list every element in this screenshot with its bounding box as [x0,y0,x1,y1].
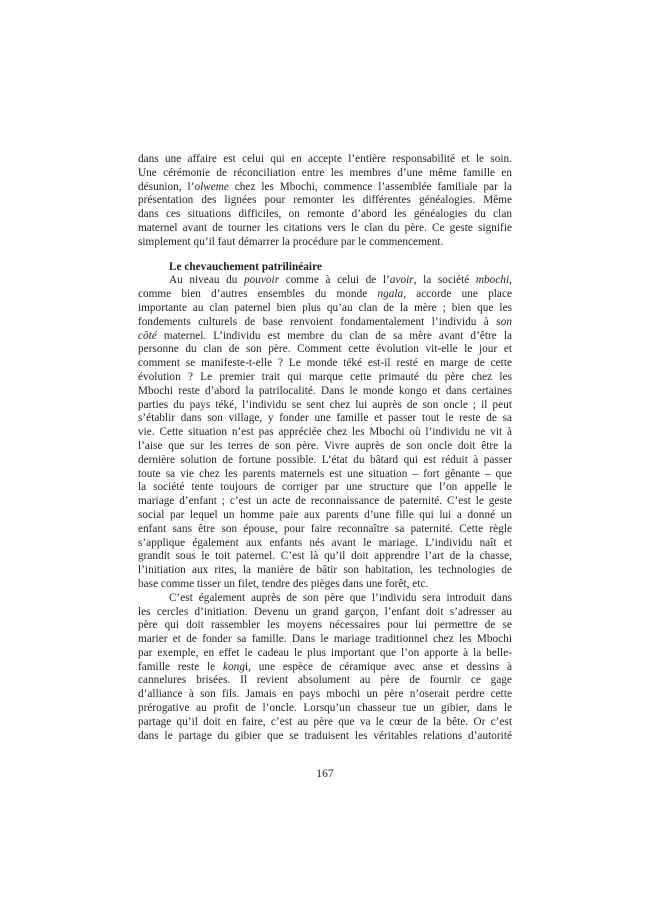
text-line: côté maternel. L’individu est membre du … [138,330,512,344]
text-run: grandit sous le toit paternel. C’est là … [138,550,512,562]
text-line: prérogative au profit de l’oncle. Lorsqu… [138,702,512,716]
text-run: les cercles d’initiation. Devenu un gran… [138,606,512,618]
text-run: parties du pays téké, l’individu se sent… [138,399,512,411]
text-run: dernière solution de fortune possible. L… [138,454,512,466]
text-run: l’aise que sur les terres de son père. V… [138,440,512,452]
italic-text: ngala [377,288,403,300]
text-line: fondements culturels de base renvoient f… [138,316,512,330]
text-line: Au niveau du pouvoir comme à celui de l’… [138,274,512,288]
text-line: maternel avant de tourner les citations … [138,222,512,236]
text-run: dans une affaire est celui qui en accept… [138,153,512,165]
text-line: dans ces situations difficiles, on remon… [138,208,512,222]
text-line: Une cérémonie de réconciliation entre le… [138,167,512,181]
text-line: l’initiation aux rites, la manière de bâ… [138,564,512,578]
text-line: marier et de fonder sa famille. Dans le … [138,633,512,647]
text-line: par exemple, en effet le cadeau le plus … [138,647,512,661]
italic-text: pouvoir [244,274,279,286]
document-page: dans une affaire est celui qui en accept… [0,0,650,920]
italic-text: olweme [194,181,228,193]
text-run: s’applique également aux enfants nés ava… [138,537,512,549]
text-line: présentation des lignées pour remonter l… [138,194,512,208]
text-run: comment se manifeste-t-elle ? Le monde t… [138,357,512,369]
text-line: social par lequel un homme paie aux pare… [138,509,512,523]
page-number: 167 [0,767,650,781]
text-run: importante au clan paternel bien plus qu… [138,302,512,314]
text-line: partage qu’il doit en faire, c’est au pè… [138,716,512,730]
text-run: la société tente toujours de corriger pa… [138,481,512,493]
text-run: cannelures brisées. Il revient absolumen… [138,674,512,686]
page-text-block: dans une affaire est celui qui en accept… [138,153,512,743]
text-run: mariage d’enfant ; c’est un acte de reco… [138,495,512,507]
text-run: personne du clan de son père. Comment ce… [138,343,512,355]
text-run: base comme tisser un filet, tendre des p… [138,578,428,590]
text-line: la société tente toujours de corriger pa… [138,481,512,495]
text-run: partage qu’il doit en faire, c’est au pè… [138,716,512,728]
text-line: s’applique également aux enfants nés ava… [138,537,512,551]
text-line: évolution ? Le premier trait qui marque … [138,371,512,385]
text-run: dans le partage du gibier que se traduis… [138,730,512,742]
text-run: Mbochi reste d’abord la patrilocalité. D… [138,385,512,397]
text-run: fondements culturels de base renvoient f… [138,316,496,328]
text-run: Au niveau du [169,274,244,286]
text-run: C’est également auprès de son père que l… [169,592,512,604]
text-run: toute sa vie chez les parents maternels … [138,468,512,480]
text-line: mariage d’enfant ; c’est un acte de reco… [138,495,512,509]
text-run: désunion, l’ [138,181,194,193]
text-run: chez les Mbochi, commence l’assemblée fa… [229,181,512,193]
text-run: , accorde une place [403,288,512,300]
text-line: enfant sans être son épouse, pour faire … [138,523,512,537]
text-run: Une cérémonie de réconciliation entre le… [138,167,512,179]
italic-text: avoir [390,274,414,286]
text-run: maternel avant de tourner les citations … [138,222,512,234]
text-run: social par lequel un homme paie aux pare… [138,509,512,521]
text-run: père qui doit rassembler les moyens néce… [138,619,512,631]
italic-text: côté [138,330,157,342]
text-run: simplement qu’il faut démarrer la procéd… [138,236,443,248]
text-line: famille reste le kongi, une espèce de cé… [138,661,512,675]
text-line: dernière solution de fortune possible. L… [138,454,512,468]
text-line: grandit sous le toit paternel. C’est là … [138,550,512,564]
italic-text: mbochi [476,274,509,286]
text-run: évolution ? Le premier trait qui marque … [138,371,512,383]
text-line: base comme tisser un filet, tendre des p… [138,578,512,592]
text-line: s’établir dans son village, y fonder une… [138,412,512,426]
text-run: par exemple, en effet le cadeau le plus … [138,647,512,659]
text-line: personne du clan de son père. Comment ce… [138,343,512,357]
text-run: vie. Cette situation n’est pas appréciée… [138,426,512,438]
text-line: Mbochi reste d’abord la patrilocalité. D… [138,385,512,399]
text-line: père qui doit rassembler les moyens néce… [138,619,512,633]
text-run: présentation des lignées pour remonter l… [138,194,512,206]
text-line: cannelures brisées. Il revient absolumen… [138,674,512,688]
text-run: marier et de fonder sa famille. Dans le … [138,633,512,645]
text-run: i, une espèce de céramique avec anse et … [245,661,512,673]
text-run: dans ces situations difficiles, on remon… [138,208,512,220]
text-run: enfant sans être son épouse, pour faire … [138,523,512,535]
text-run: comme bien d’autres ensembles du monde [138,288,377,300]
text-line: désunion, l’olweme chez les Mbochi, comm… [138,181,512,195]
text-run: , la société [414,274,476,286]
text-line: comme bien d’autres ensembles du monde n… [138,288,512,302]
text-line: dans le partage du gibier que se traduis… [138,730,512,744]
text-line: l’aise que sur les terres de son père. V… [138,440,512,454]
text-line: d’alliance à son fils. Jamais en pays mb… [138,688,512,702]
text-run: comme à celui de l’ [279,274,390,286]
italic-text: kong [223,661,245,673]
text-run: s’établir dans son village, y fonder une… [138,412,512,424]
section-heading: Le chevauchement patrilinéaire [138,261,512,275]
text-run: prérogative au profit de l’oncle. Lorsqu… [138,702,512,714]
text-line: simplement qu’il faut démarrer la procéd… [138,236,512,250]
text-run: maternel. L’individu est membre du clan … [157,330,512,342]
text-run: l’initiation aux rites, la manière de bâ… [138,564,512,576]
text-line: toute sa vie chez les parents maternels … [138,468,512,482]
text-line: vie. Cette situation n’est pas appréciée… [138,426,512,440]
italic-text: son [496,316,512,328]
text-line: les cercles d’initiation. Devenu un gran… [138,606,512,620]
text-run: d’alliance à son fils. Jamais en pays mb… [138,688,512,700]
text-line: dans une affaire est celui qui en accept… [138,153,512,167]
text-line: importante au clan paternel bien plus qu… [138,302,512,316]
text-run: famille reste le [138,661,223,673]
text-line: parties du pays téké, l’individu se sent… [138,399,512,413]
text-run: , [509,274,512,286]
text-line: comment se manifeste-t-elle ? Le monde t… [138,357,512,371]
text-line: C’est également auprès de son père que l… [138,592,512,606]
